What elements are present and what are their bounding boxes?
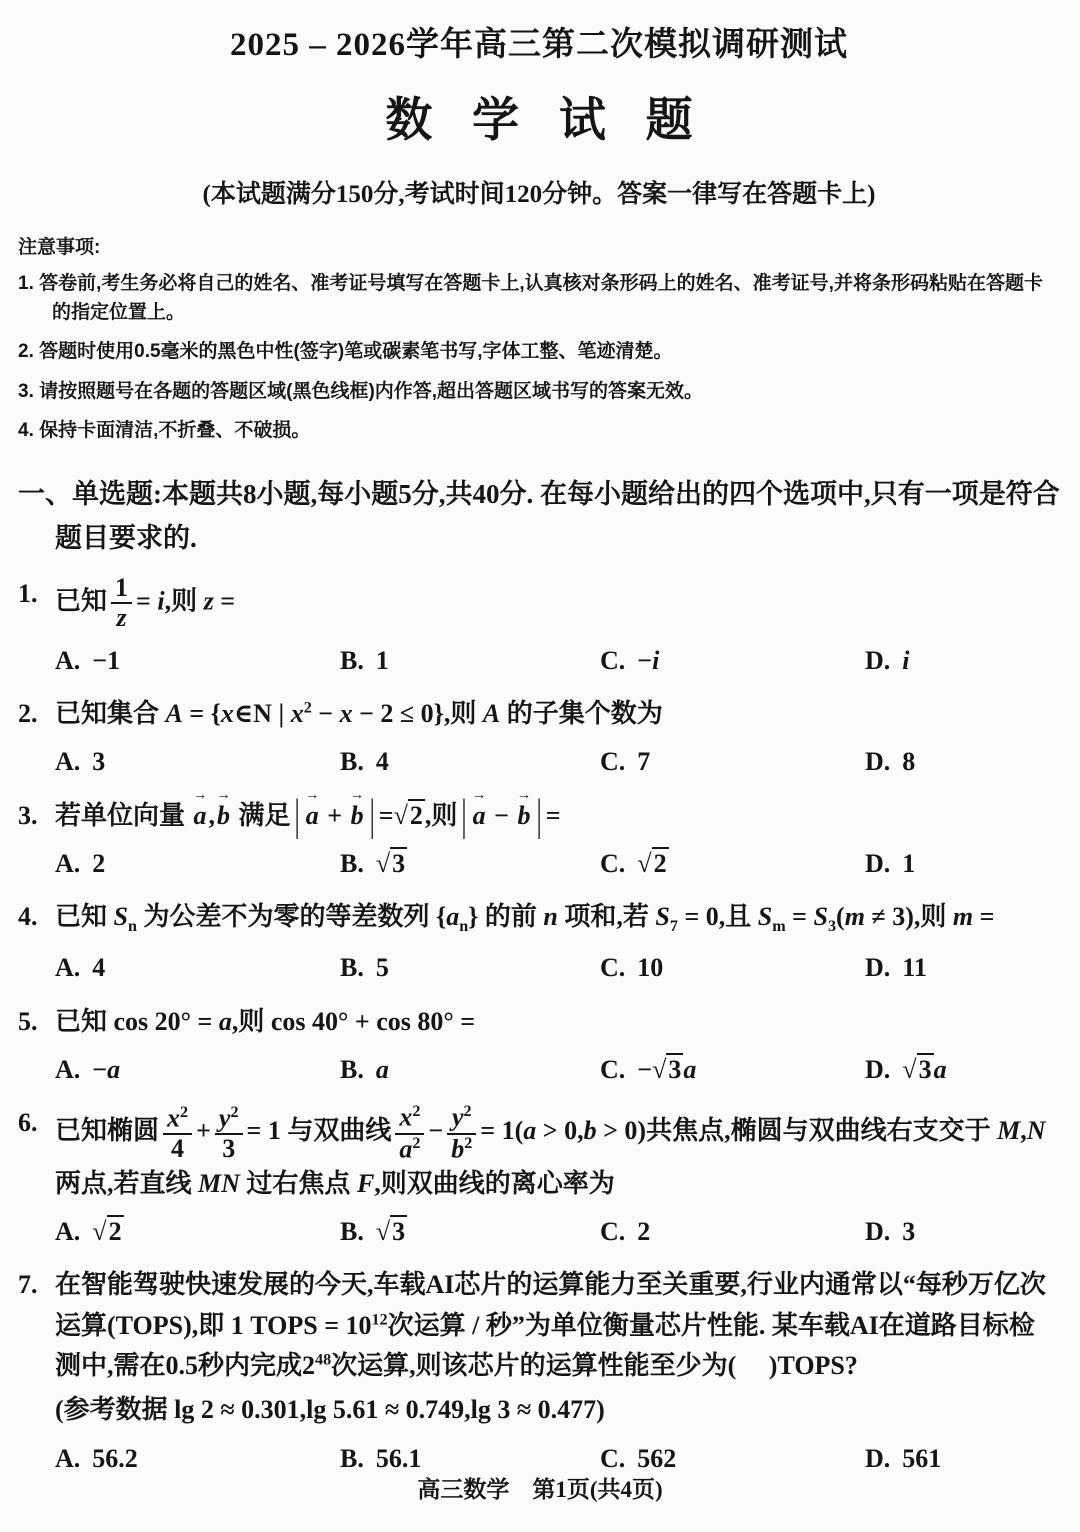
- option-text: 3: [92, 747, 105, 776]
- option-row: A.−aB.aC.−√3aD.√3a: [18, 1050, 1060, 1090]
- question-number: 4.: [18, 897, 55, 940]
- option-text: √3: [376, 1215, 407, 1246]
- question-stem: 已知集合 A = {x∈N | x2 − x − 2 ≤ 0},则 A 的子集个…: [55, 694, 1060, 734]
- question-stem-row: 4. 已知 Sn 为公差不为零的等差数列 {an} 的前 n 项和,若 S7 =…: [18, 897, 1060, 940]
- option-text: 10: [637, 953, 663, 982]
- notice-item: 2. 答题时使用0.5毫米的黑色中性(签字)笔或碳素笔书写,字体工整、笔迹清楚。: [18, 338, 1060, 367]
- option-label: C.: [600, 1217, 625, 1246]
- option-item: D.8: [865, 742, 1060, 782]
- option-item: D.1: [865, 844, 1060, 884]
- option-label: A.: [55, 747, 80, 776]
- option-label: A.: [55, 646, 80, 675]
- option-row: A.−1B.1C.−iD.i: [18, 641, 1060, 681]
- question-stem-row: 3. 若单位向量 a,b 满足|a + b|=√2,则|a − b|=: [18, 796, 1060, 836]
- option-item: C.2: [600, 1212, 865, 1252]
- option-item: D.i: [865, 641, 1060, 681]
- option-text: 4: [92, 953, 105, 982]
- option-text: 56.2: [92, 1444, 138, 1473]
- option-text: −a: [92, 1055, 120, 1084]
- option-label: B.: [340, 953, 364, 982]
- option-item: B.√3: [340, 844, 600, 884]
- option-label: C.: [600, 646, 625, 675]
- option-label: B.: [340, 646, 364, 675]
- option-item: D.√3a: [865, 1050, 1060, 1090]
- option-label: B.: [340, 849, 364, 878]
- option-item: D.11: [865, 948, 1060, 988]
- question-item: 6. 已知椭圆x24+y23= 1 与双曲线x2a2−y2b2= 1(a > 0…: [18, 1103, 1060, 1252]
- option-label: C.: [600, 953, 625, 982]
- option-text: 562: [637, 1444, 676, 1473]
- option-text: 2: [92, 849, 105, 878]
- option-text: √3a: [902, 1053, 946, 1084]
- option-text: 56.1: [376, 1444, 422, 1473]
- option-label: D.: [865, 747, 890, 776]
- question-number: 6.: [18, 1103, 55, 1204]
- option-item: A.3: [55, 742, 340, 782]
- question-item: 2. 已知集合 A = {x∈N | x2 − x − 2 ≤ 0},则 A 的…: [18, 694, 1060, 783]
- option-text: −i: [637, 646, 659, 675]
- exam-session-title: 2025 – 2026学年高三第二次模拟调研测试: [18, 18, 1060, 65]
- notice-heading: 注意事项:: [18, 232, 1060, 259]
- option-label: C.: [600, 849, 625, 878]
- option-item: A.−1: [55, 641, 340, 681]
- option-text: 4: [376, 747, 389, 776]
- option-label: B.: [340, 747, 364, 776]
- option-text: 8: [902, 747, 915, 776]
- question-stem-row: 6. 已知椭圆x24+y23= 1 与双曲线x2a2−y2b2= 1(a > 0…: [18, 1103, 1060, 1204]
- question-stem: 已知 Sn 为公差不为零的等差数列 {an} 的前 n 项和,若 S7 = 0,…: [55, 897, 1060, 940]
- notice-item: 4. 保持卡面清洁,不折叠、不破损。: [18, 417, 1060, 446]
- option-text: 11: [902, 953, 927, 982]
- option-label: A.: [55, 1055, 80, 1084]
- option-item: B.5: [340, 948, 600, 988]
- option-label: D.: [865, 1217, 890, 1246]
- question-stem: 已知 cos 20° = a,则 cos 40° + cos 80° =: [55, 1002, 1060, 1042]
- exam-page: 2025 – 2026学年高三第二次模拟调研测试 数 学 试 题 (本试题满分1…: [0, 0, 1080, 1518]
- questions: 1. 已知1z= i,则 z = A.−1B.1C.−iD.i 2. 已知集合 …: [18, 574, 1060, 1479]
- option-label: A.: [55, 849, 80, 878]
- option-item: A.√2: [55, 1212, 340, 1252]
- option-label: A.: [55, 1217, 80, 1246]
- question-stem-row: 7. 在智能驾驶快速发展的今天,车载AI芯片的运算能力至关重要,行业内通常以“每…: [18, 1265, 1060, 1386]
- option-text: −√3a: [637, 1053, 696, 1084]
- question-number: 7.: [18, 1265, 55, 1386]
- option-item: C.−i: [600, 641, 865, 681]
- option-label: C.: [600, 1055, 625, 1084]
- option-text: a: [376, 1055, 389, 1084]
- option-label: D.: [865, 849, 890, 878]
- option-item: C.√2: [600, 844, 865, 884]
- option-label: B.: [340, 1055, 364, 1084]
- option-text: 5: [376, 953, 389, 982]
- question-item: 3. 若单位向量 a,b 满足|a + b|=√2,则|a − b|= A.2B…: [18, 796, 1060, 885]
- option-row: A.3B.4C.7D.8: [18, 742, 1060, 782]
- question-item: 4. 已知 Sn 为公差不为零的等差数列 {an} 的前 n 项和,若 S7 =…: [18, 897, 1060, 988]
- option-text: √2: [92, 1215, 123, 1246]
- option-label: A.: [55, 953, 80, 982]
- option-item: D.3: [865, 1212, 1060, 1252]
- question-number: 5.: [18, 1002, 55, 1042]
- option-item: C.10: [600, 948, 865, 988]
- question-stem-row: 5. 已知 cos 20° = a,则 cos 40° + cos 80° =: [18, 1002, 1060, 1042]
- section-heading: 一、单选题:本题共8小题,每小题5分,共40分. 在每小题给出的四个选项中,只有…: [18, 472, 1060, 561]
- question-number: 3.: [18, 796, 55, 836]
- option-text: 3: [902, 1217, 915, 1246]
- option-item: A.−a: [55, 1050, 340, 1090]
- option-item: B.4: [340, 742, 600, 782]
- option-label: B.: [340, 1444, 364, 1473]
- option-label: C.: [600, 747, 625, 776]
- option-item: B.√3: [340, 1212, 600, 1252]
- option-label: A.: [55, 1444, 80, 1473]
- option-item: A.4: [55, 948, 340, 988]
- option-text: −1: [92, 646, 120, 675]
- notice-item: 1. 答卷前,考生务必将自己的姓名、准考证号填写在答题卡上,认真核对条形码上的姓…: [18, 270, 1060, 327]
- option-label: D.: [865, 953, 890, 982]
- question-ref: (参考数据 lg 2 ≈ 0.301,lg 5.61 ≈ 0.749,lg 3 …: [18, 1390, 1060, 1430]
- question-stem-row: 1. 已知1z= i,则 z =: [18, 574, 1060, 633]
- option-label: D.: [865, 1055, 890, 1084]
- question-item: 7. 在智能驾驶快速发展的今天,车载AI芯片的运算能力至关重要,行业内通常以“每…: [18, 1265, 1060, 1478]
- exam-instructions-line: (本试题满分150分,考试时间120分钟。答案一律写在答题卡上): [18, 174, 1060, 210]
- option-item: C.7: [600, 742, 865, 782]
- question-stem: 在智能驾驶快速发展的今天,车载AI芯片的运算能力至关重要,行业内通常以“每秒万亿…: [55, 1265, 1060, 1386]
- exam-subject-title: 数 学 试 题: [32, 83, 1060, 150]
- option-label: D.: [865, 1444, 890, 1473]
- page-footer: 高三数学 第1页(共4页): [0, 1471, 1080, 1504]
- notice-section: 注意事项: 1. 答卷前,考生务必将自己的姓名、准考证号填写在答题卡上,认真核对…: [18, 232, 1060, 446]
- option-label: C.: [600, 1444, 625, 1473]
- option-text: √3: [376, 847, 407, 878]
- option-item: B.a: [340, 1050, 600, 1090]
- option-item: B.1: [340, 641, 600, 681]
- option-text: 561: [902, 1444, 941, 1473]
- notice-item: 3. 请按照题号在各题的答题区域(黑色线框)内作答,超出答题区域书写的答案无效。: [18, 378, 1060, 407]
- question-stem-row: 2. 已知集合 A = {x∈N | x2 − x − 2 ≤ 0},则 A 的…: [18, 694, 1060, 734]
- option-text: 1: [902, 849, 915, 878]
- question-stem: 已知1z= i,则 z =: [55, 574, 1060, 633]
- option-label: D.: [865, 646, 890, 675]
- option-label: B.: [340, 1217, 364, 1246]
- option-text: 1: [376, 646, 389, 675]
- question-item: 5. 已知 cos 20° = a,则 cos 40° + cos 80° = …: [18, 1002, 1060, 1091]
- option-row: A.√2B.√3C.2D.3: [18, 1212, 1060, 1252]
- question-stem: 若单位向量 a,b 满足|a + b|=√2,则|a − b|=: [55, 796, 1060, 836]
- option-text: i: [902, 646, 909, 675]
- option-row: A.4B.5C.10D.11: [18, 948, 1060, 988]
- option-text: 2: [637, 1217, 650, 1246]
- question-number: 1.: [18, 574, 55, 633]
- question-item: 1. 已知1z= i,则 z = A.−1B.1C.−iD.i: [18, 574, 1060, 681]
- option-text: 7: [637, 747, 650, 776]
- option-item: C.−√3a: [600, 1050, 865, 1090]
- question-stem: 已知椭圆x24+y23= 1 与双曲线x2a2−y2b2= 1(a > 0,b …: [55, 1103, 1060, 1204]
- option-text: √2: [637, 847, 668, 878]
- question-number: 2.: [18, 694, 55, 734]
